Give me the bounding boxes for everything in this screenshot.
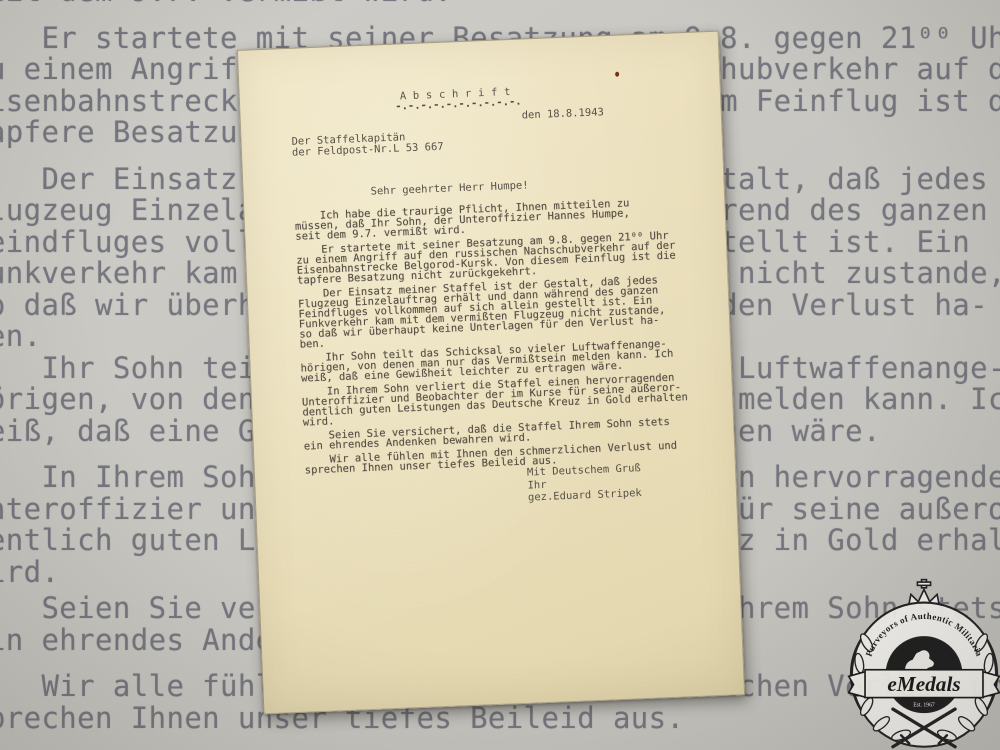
emedals-watermark: Purveyors of Authentic Militaria eMedals… bbox=[842, 578, 1000, 750]
ink-speck bbox=[615, 72, 619, 77]
letter-salutation: Sehr geehrter Herr Humpe! bbox=[370, 179, 528, 197]
watermark-est: Est. 1967 bbox=[913, 703, 935, 709]
letter-sender-block: Der Staffelkapitän der Feldpost-Nr.L 53 … bbox=[291, 131, 443, 159]
letter-date: den 18.8.1943 bbox=[521, 106, 604, 121]
background-typed-line: seit dem 9.7. vermißt wird. bbox=[0, 0, 1000, 8]
letter-closing-block: Mit Deutschem GrußIhrgez.Eduard Stripek bbox=[527, 462, 642, 504]
document-photo: seit dem 9.7. vermißt wird. Er startete … bbox=[0, 0, 1000, 750]
letter-body: Ich habe die traurige Pflicht, Ihnen mit… bbox=[294, 196, 704, 480]
watermark-brand: eMedals bbox=[887, 672, 960, 696]
letter-document: A b s c h r i f t -.-.-.-.-.-.-.-.-.-. d… bbox=[237, 31, 745, 715]
